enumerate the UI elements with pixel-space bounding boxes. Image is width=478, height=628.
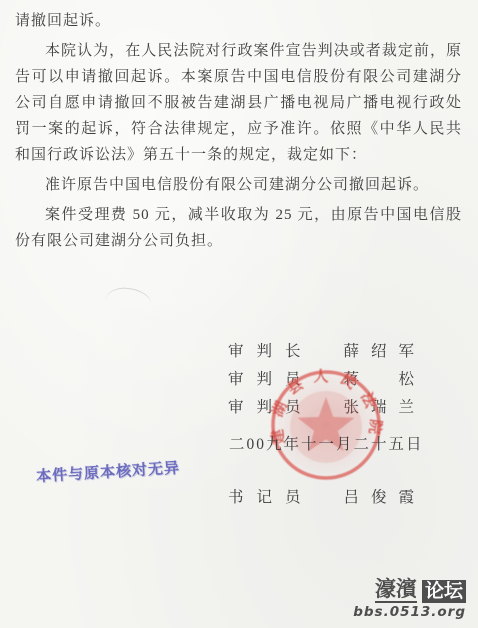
verification-stamp: 本件与原本核对无异 xyxy=(35,457,180,487)
watermark-forum-label: 论坛 xyxy=(422,580,466,603)
signature-row: 审判员 蒋 松 xyxy=(228,366,426,394)
judge-name: 张瑞兰 xyxy=(344,394,427,422)
scan-artifact-mark xyxy=(105,286,152,307)
signature-row: 审判员 张瑞兰 xyxy=(228,394,426,422)
judge-role: 审判员 xyxy=(228,366,314,394)
scanned-court-ruling-page: 请撤回起诉。 本院认为，在人民法院对行政案件宣告判决或者裁定前，原告可以申请撤回… xyxy=(0,0,478,628)
watermark-row: 濠濱 论坛 xyxy=(353,578,466,603)
watermark-site-name: 濠濱 xyxy=(375,578,417,603)
signature-block: 审判长 薛绍军 审判员 蒋 松 审判员 张瑞兰 xyxy=(228,338,426,422)
paragraph: 本院认为，在人民法院对行政案件宣告判决或者裁定前，原告可以申请撤回起诉。本案原告… xyxy=(15,38,462,168)
paragraph: 请撤回起诉。 xyxy=(15,8,462,34)
watermark: 濠濱 论坛 bbs.0513.org xyxy=(353,578,466,620)
ruling-date: 二00九年十一月二十五日 xyxy=(229,434,424,456)
clerk-name: 吕俊霞 xyxy=(344,487,427,509)
judge-name: 蒋 松 xyxy=(344,366,427,394)
signature-row: 审判长 薛绍军 xyxy=(228,338,426,366)
paragraph: 准许原告中国电信股份有限公司建湖分公司撤回起诉。 xyxy=(15,172,462,198)
ruling-body-text: 请撤回起诉。 本院认为，在人民法院对行政案件宣告判决或者裁定前，原告可以申请撤回… xyxy=(15,8,462,254)
clerk-role: 书记员 xyxy=(228,487,314,509)
watermark-site-url: bbs.0513.org xyxy=(353,605,466,620)
judge-role: 审判员 xyxy=(228,394,314,422)
clerk-row: 书记员 吕俊霞 xyxy=(228,487,426,509)
judge-role: 审判长 xyxy=(228,338,314,366)
judge-name: 薛绍军 xyxy=(344,338,427,366)
paragraph: 案件受理费 50 元，减半收取为 25 元，由原告中国电信股份有限公司建湖分公司… xyxy=(15,202,462,254)
